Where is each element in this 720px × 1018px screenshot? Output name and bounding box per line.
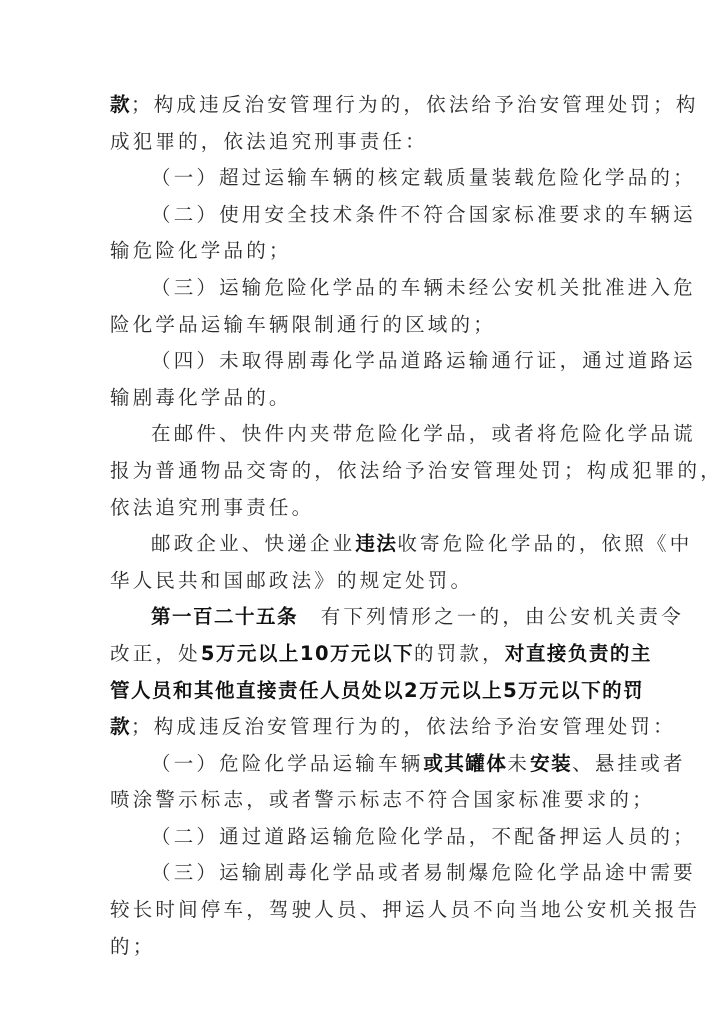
text-segment: ；构成违反治安管理行为的，依法给予治安管理处罚：: [131, 715, 676, 738]
text-segment: （三）运输剧毒化学品或者易制爆危险化学品途中需要: [151, 861, 696, 884]
text-line: 改正，处5万元以上10万元以下的罚款，对直接负责的主: [110, 636, 612, 673]
text-line: 款；构成违反治安管理行为的，依法给予治安管理处罚；构: [110, 87, 612, 124]
text-segment: 收寄危险化学品的，依照《中: [397, 532, 692, 555]
text-segment: 成犯罪的，依法追究刑事责任：: [110, 130, 428, 153]
text-segment: 、悬挂或者: [572, 752, 686, 775]
text-segment: 华人民共和国邮政法》的规定处罚。: [110, 569, 473, 592]
bold-text-segment: 违法: [355, 532, 397, 555]
text-line: 依法追究刑事责任。: [110, 490, 612, 527]
text-line: 款；构成违反治安管理行为的，依法给予治安管理处罚：: [110, 709, 612, 746]
text-line: （一）超过运输车辆的核定载质量装载危险化学品的；: [110, 160, 612, 197]
text-segment: （一）超过运输车辆的核定载质量装载危险化学品的；: [151, 166, 696, 189]
text-segment: 喷涂警示标志，或者警示标志不符合国家标准要求的；: [110, 788, 655, 811]
text-line: 成犯罪的，依法追究刑事责任：: [110, 124, 612, 161]
text-segment: 在邮件、快件内夹带危险化学品，或者将危险化学品谎: [151, 422, 696, 445]
text-line: 报为普通物品交寄的，依法给予治安管理处罚；构成犯罪的，: [110, 453, 612, 490]
text-segment: 输危险化学品的；: [110, 239, 292, 262]
text-segment: ；构成违反治安管理行为的，依法给予治安管理处罚；构: [131, 93, 699, 116]
text-line: 险化学品运输车辆限制通行的区域的；: [110, 307, 612, 344]
text-segment: 险化学品运输车辆限制通行的区域的；: [110, 313, 496, 336]
bold-text-segment: 安装: [530, 752, 572, 775]
text-segment: 输剧毒化学品的。: [110, 386, 292, 409]
text-line: （一）危险化学品运输车辆或其罐体未安装、悬挂或者: [110, 746, 612, 783]
text-segment: 未: [507, 752, 530, 775]
text-segment: （二）使用安全技术条件不符合国家标准要求的车辆运: [151, 203, 696, 226]
text-line: 第一百二十五条 有下列情形之一的，由公安机关责令: [110, 599, 612, 636]
text-line: 喷涂警示标志，或者警示标志不符合国家标准要求的；: [110, 782, 612, 819]
bold-text-segment: 或其罐体: [423, 752, 507, 775]
text-segment: 改正，处: [110, 642, 201, 665]
document-page: 款；构成违反治安管理行为的，依法给予治安管理处罚；构成犯罪的，依法追究刑事责任：…: [110, 87, 612, 965]
bold-text-segment: 管人员和其他直接责任人员处以2万元以上5万元以下的罚: [110, 679, 644, 702]
text-segment: 有下列情形之一的，由公安机关责令: [298, 605, 684, 628]
text-line: 邮政企业、快递企业违法收寄危险化学品的，依照《中: [110, 526, 612, 563]
text-line: （三）运输危险化学品的车辆未经公安机关批准进入危: [110, 270, 612, 307]
text-line: （二）通过道路运输危险化学品，不配备押运人员的；: [110, 819, 612, 856]
text-line: 输剧毒化学品的。: [110, 380, 612, 417]
text-segment: 报为普通物品交寄的，依法给予治安管理处罚；构成犯罪的，: [110, 459, 720, 482]
bold-text-segment: 对直接负责的主: [505, 642, 652, 665]
bold-text-segment: 款: [110, 93, 131, 116]
text-line: 华人民共和国邮政法》的规定处罚。: [110, 563, 612, 600]
text-line: （三）运输剧毒化学品或者易制爆危险化学品途中需要: [110, 855, 612, 892]
text-line: 输危险化学品的；: [110, 233, 612, 270]
bold-text-segment: 5万元以上10万元以下: [201, 642, 414, 665]
bold-text-segment: 第一百二十五条: [151, 605, 298, 628]
text-line: （四）未取得剧毒化学品道路运输通行证，通过道路运: [110, 343, 612, 380]
text-line: （二）使用安全技术条件不符合国家标准要求的车辆运: [110, 197, 612, 234]
bold-text-segment: 款: [110, 715, 131, 738]
text-line: 管人员和其他直接责任人员处以2万元以上5万元以下的罚: [110, 673, 612, 710]
text-segment: 依法追究刑事责任。: [110, 496, 314, 519]
text-segment: （四）未取得剧毒化学品道路运输通行证，通过道路运: [151, 349, 696, 372]
text-segment: （一）危险化学品运输车辆: [151, 752, 423, 775]
text-segment: 邮政企业、快递企业: [151, 532, 355, 555]
text-segment: （三）运输危险化学品的车辆未经公安机关批准进入危: [151, 276, 696, 299]
text-segment: 的；: [110, 935, 155, 958]
text-segment: 较长时间停车，驾驶人员、押运人员不向当地公安机关报告: [110, 898, 700, 921]
text-line: 在邮件、快件内夹带危险化学品，或者将危险化学品谎: [110, 416, 612, 453]
text-line: 的；: [110, 929, 612, 966]
text-segment: （二）通过道路运输危险化学品，不配备押运人员的；: [151, 825, 696, 848]
text-line: 较长时间停车，驾驶人员、押运人员不向当地公安机关报告: [110, 892, 612, 929]
text-segment: 的罚款，: [414, 642, 505, 665]
